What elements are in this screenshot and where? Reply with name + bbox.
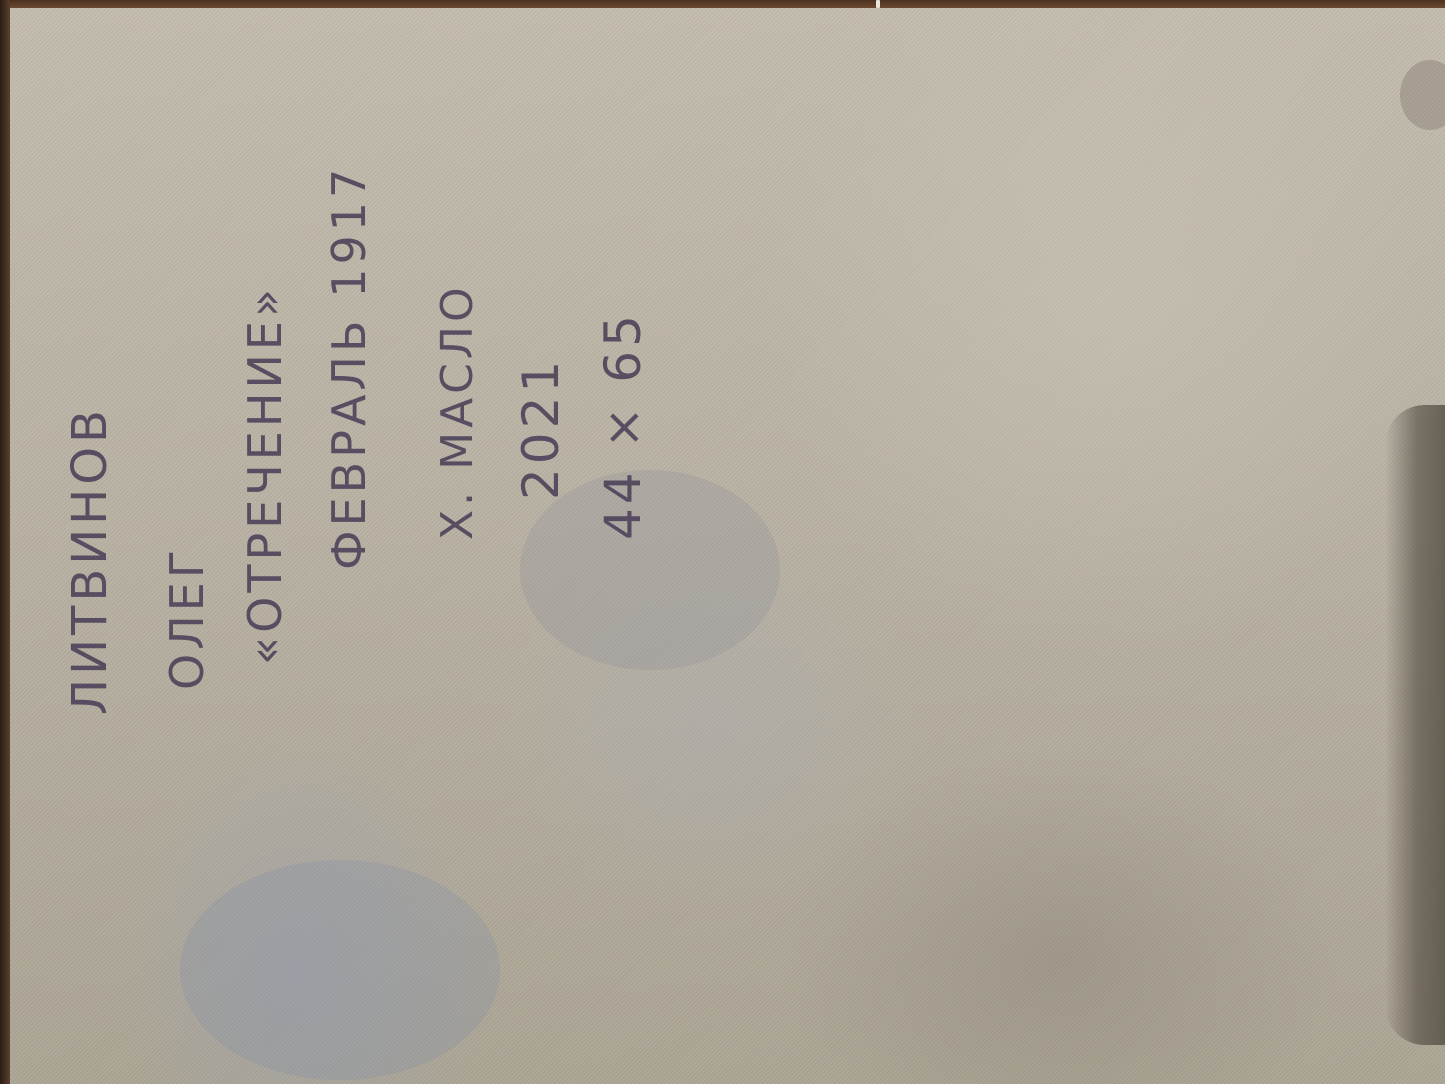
inscription-artwork-subtitle: ФЕВРАЛЬ 1917 [322,165,376,570]
inscription-medium: Х. МАСЛО [432,283,483,540]
inscription-artist-surname: ЛИТВИНОВ [62,406,118,715]
stretcher-frame-top [0,0,1445,8]
inscription-artist-first-name: ОЛЕГ [160,546,214,690]
hand-shadow [1385,405,1445,1045]
canvas-back-photo: ЛИТВИНОВ ОЛЕГ «ОТРЕЧЕНИЕ» ФЕВРАЛЬ 1917 Х… [0,0,1445,1084]
tack-icon [876,0,880,8]
canvas-stain [180,860,500,1080]
inscription-artwork-title: «ОТРЕЧЕНИЕ» [238,285,292,665]
inscription-dimensions: 44 × 65 [594,311,652,540]
stretcher-frame-left [0,0,10,1084]
inscription-year: 2021 [512,357,570,500]
